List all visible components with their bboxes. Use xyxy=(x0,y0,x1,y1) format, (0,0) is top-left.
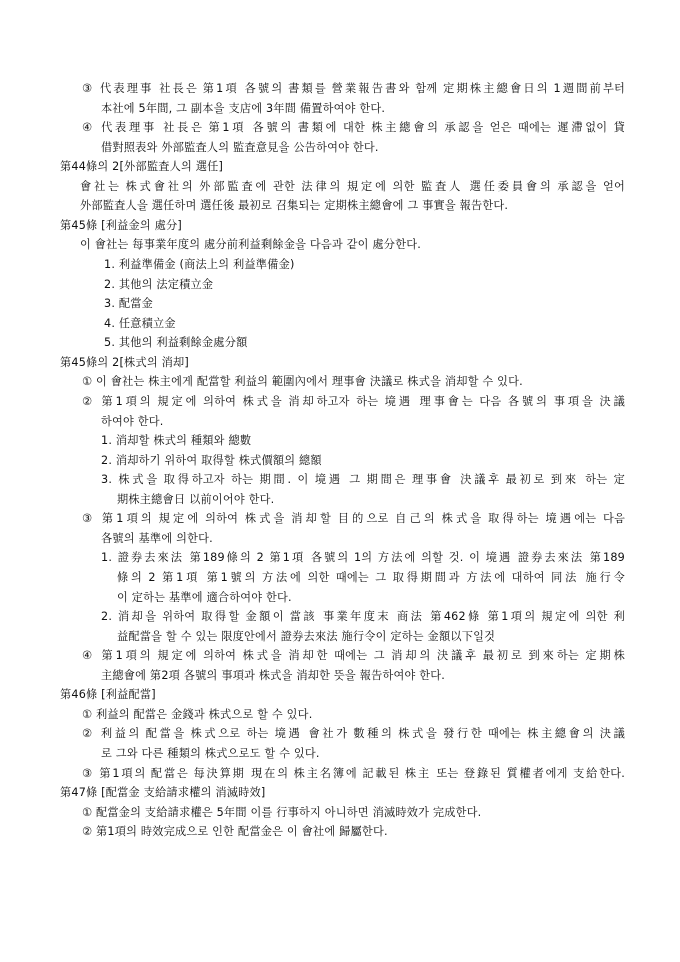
document-line-heading: 第45條의 2[株式의 消却] xyxy=(60,353,189,372)
document-line-continuation: 이 定하는 基準에 適合하여야 한다. xyxy=(117,588,292,607)
document-line-heading: 第46條 [利益配當] xyxy=(60,685,156,704)
document-line-clause: ① 利益의 配當은 金錢과 株式으로 할 수 있다. xyxy=(82,705,312,724)
document-page: ③ 代表理事 社長은 第1項 各號의 書類를 營業報告書와 함께 定期株主總會日… xyxy=(0,0,680,962)
document-line-clause: ② 第1項의 時效完成으로 인한 配當金은 이 會社에 歸屬한다. xyxy=(82,822,388,841)
document-line-clause: ④ 第1項의 規定에 의하여 株式을 消却한 때에는 그 消却의 決議후 最初로… xyxy=(82,646,625,665)
document-line-clause: ③ 第1項의 配當은 每決算期 現在의 株主名簿에 記載된 株主 또는 登錄된 … xyxy=(82,764,625,783)
document-line-continuation: 하여야 한다. xyxy=(101,412,164,431)
document-line-clause: ② 第1項의 規定에 의하여 株式을 消却하고자 하는 境遇 理事會는 다음 各… xyxy=(82,392,625,411)
document-line-continuation: 主總會에 第2項 各號의 事項과 株式을 消却한 뜻을 報告하여야 한다. xyxy=(101,666,445,685)
document-line-clause: ① 이 會社는 株主에게 配當할 利益의 範圍內에서 理事會 決議로 株式을 消… xyxy=(82,372,523,391)
document-line-clause: ③ 第1項의 規定에 의하여 株式을 消却할 目的으로 自己의 株式을 取得하는… xyxy=(82,509,625,528)
document-line-continuation: 益配當을 할 수 있는 限度안에서 證券去來法 施行令이 定하는 金額以下일것 xyxy=(117,627,495,646)
document-line-clause: ② 利益의 配當을 株式으로 하는 境遇 會社가 數種의 株式을 發行한 때에는… xyxy=(82,724,625,743)
document-line-heading: 第44條의 2[外部監査人의 選任] xyxy=(60,157,223,176)
document-line-item: 3. 株式을 取得하고자 하는 期間. 이 境遇 그 期間은 理事會 決議후 最… xyxy=(101,470,625,489)
document-line-clause: ① 配當金의 支給請求權은 5年間 이를 行事하지 아니하면 消滅時效가 完成한… xyxy=(82,803,481,822)
document-line-item: 5. 其他의 利益剩餘金處分額 xyxy=(104,333,247,352)
document-line-continuation: 各號의 基準에 의한다. xyxy=(101,529,213,548)
document-line-item: 1. 利益準備金 (商法上의 利益準備金) xyxy=(104,255,295,274)
document-line-item: 2. 消却하기 위하여 取得할 株式價額의 總額 xyxy=(101,451,322,470)
document-line-clause: ③ 代表理事 社長은 第1項 各號의 書類를 營業報告書와 함께 定期株主總會日… xyxy=(82,79,625,98)
document-line-heading: 第47條 [配當金 支給請求權의 消滅時效] xyxy=(60,783,265,802)
document-line-item: 3. 配當金 xyxy=(104,294,153,313)
document-line-continuation: 條의 2 第1項 第1號의 方法에 의한 때에는 그 取得期間과 方法에 대하여… xyxy=(117,568,625,587)
document-line-item: 2. 消却을 위하여 取得할 金額이 當該 事業年度末 商法 第462條 第1項… xyxy=(101,607,625,626)
document-line-clause: ④ 代表理事 社長은 第1項 各號의 書類에 대한 株主總會의 承認을 얻은 때… xyxy=(82,118,625,137)
document-line-continuation: 로 그와 다른 種類의 株式으로도 할 수 있다. xyxy=(101,744,320,763)
document-line-continuation: 借對照表와 外部監査人의 監査意見을 公告하여야 한다. xyxy=(101,138,379,157)
document-line-body: 外部監査人을 選任하며 選任後 最初로 召集되는 定期株主總會에 그 事實을 報… xyxy=(80,196,508,215)
document-line-heading: 第45條 [利益金의 處分] xyxy=(60,216,182,235)
document-line-item: 4. 任意積立金 xyxy=(104,314,176,333)
document-line-item: 1. 證券去來法 第189條의 2 第1項 各號의 1의 方法에 의할 것. 이… xyxy=(101,548,625,567)
document-line-body: 이 會社는 每事業年度의 處分前利益剩餘金을 다음과 같이 處分한다. xyxy=(80,235,421,254)
document-line-continuation: 本社에 5年間, 그 副本을 支店에 3年間 備置하여야 한다. xyxy=(101,99,385,118)
document-line-item: 1. 消却할 株式의 種類와 總數 xyxy=(101,431,251,450)
document-line-item: 2. 其他의 法定積立金 xyxy=(104,275,213,294)
document-line-continuation: 期株主總會日 以前이어야 한다. xyxy=(117,490,274,509)
document-line-body: 會社는 株式會社의 外部監査에 관한 法律의 規定에 의한 監査人 選任委員會의… xyxy=(80,177,625,196)
